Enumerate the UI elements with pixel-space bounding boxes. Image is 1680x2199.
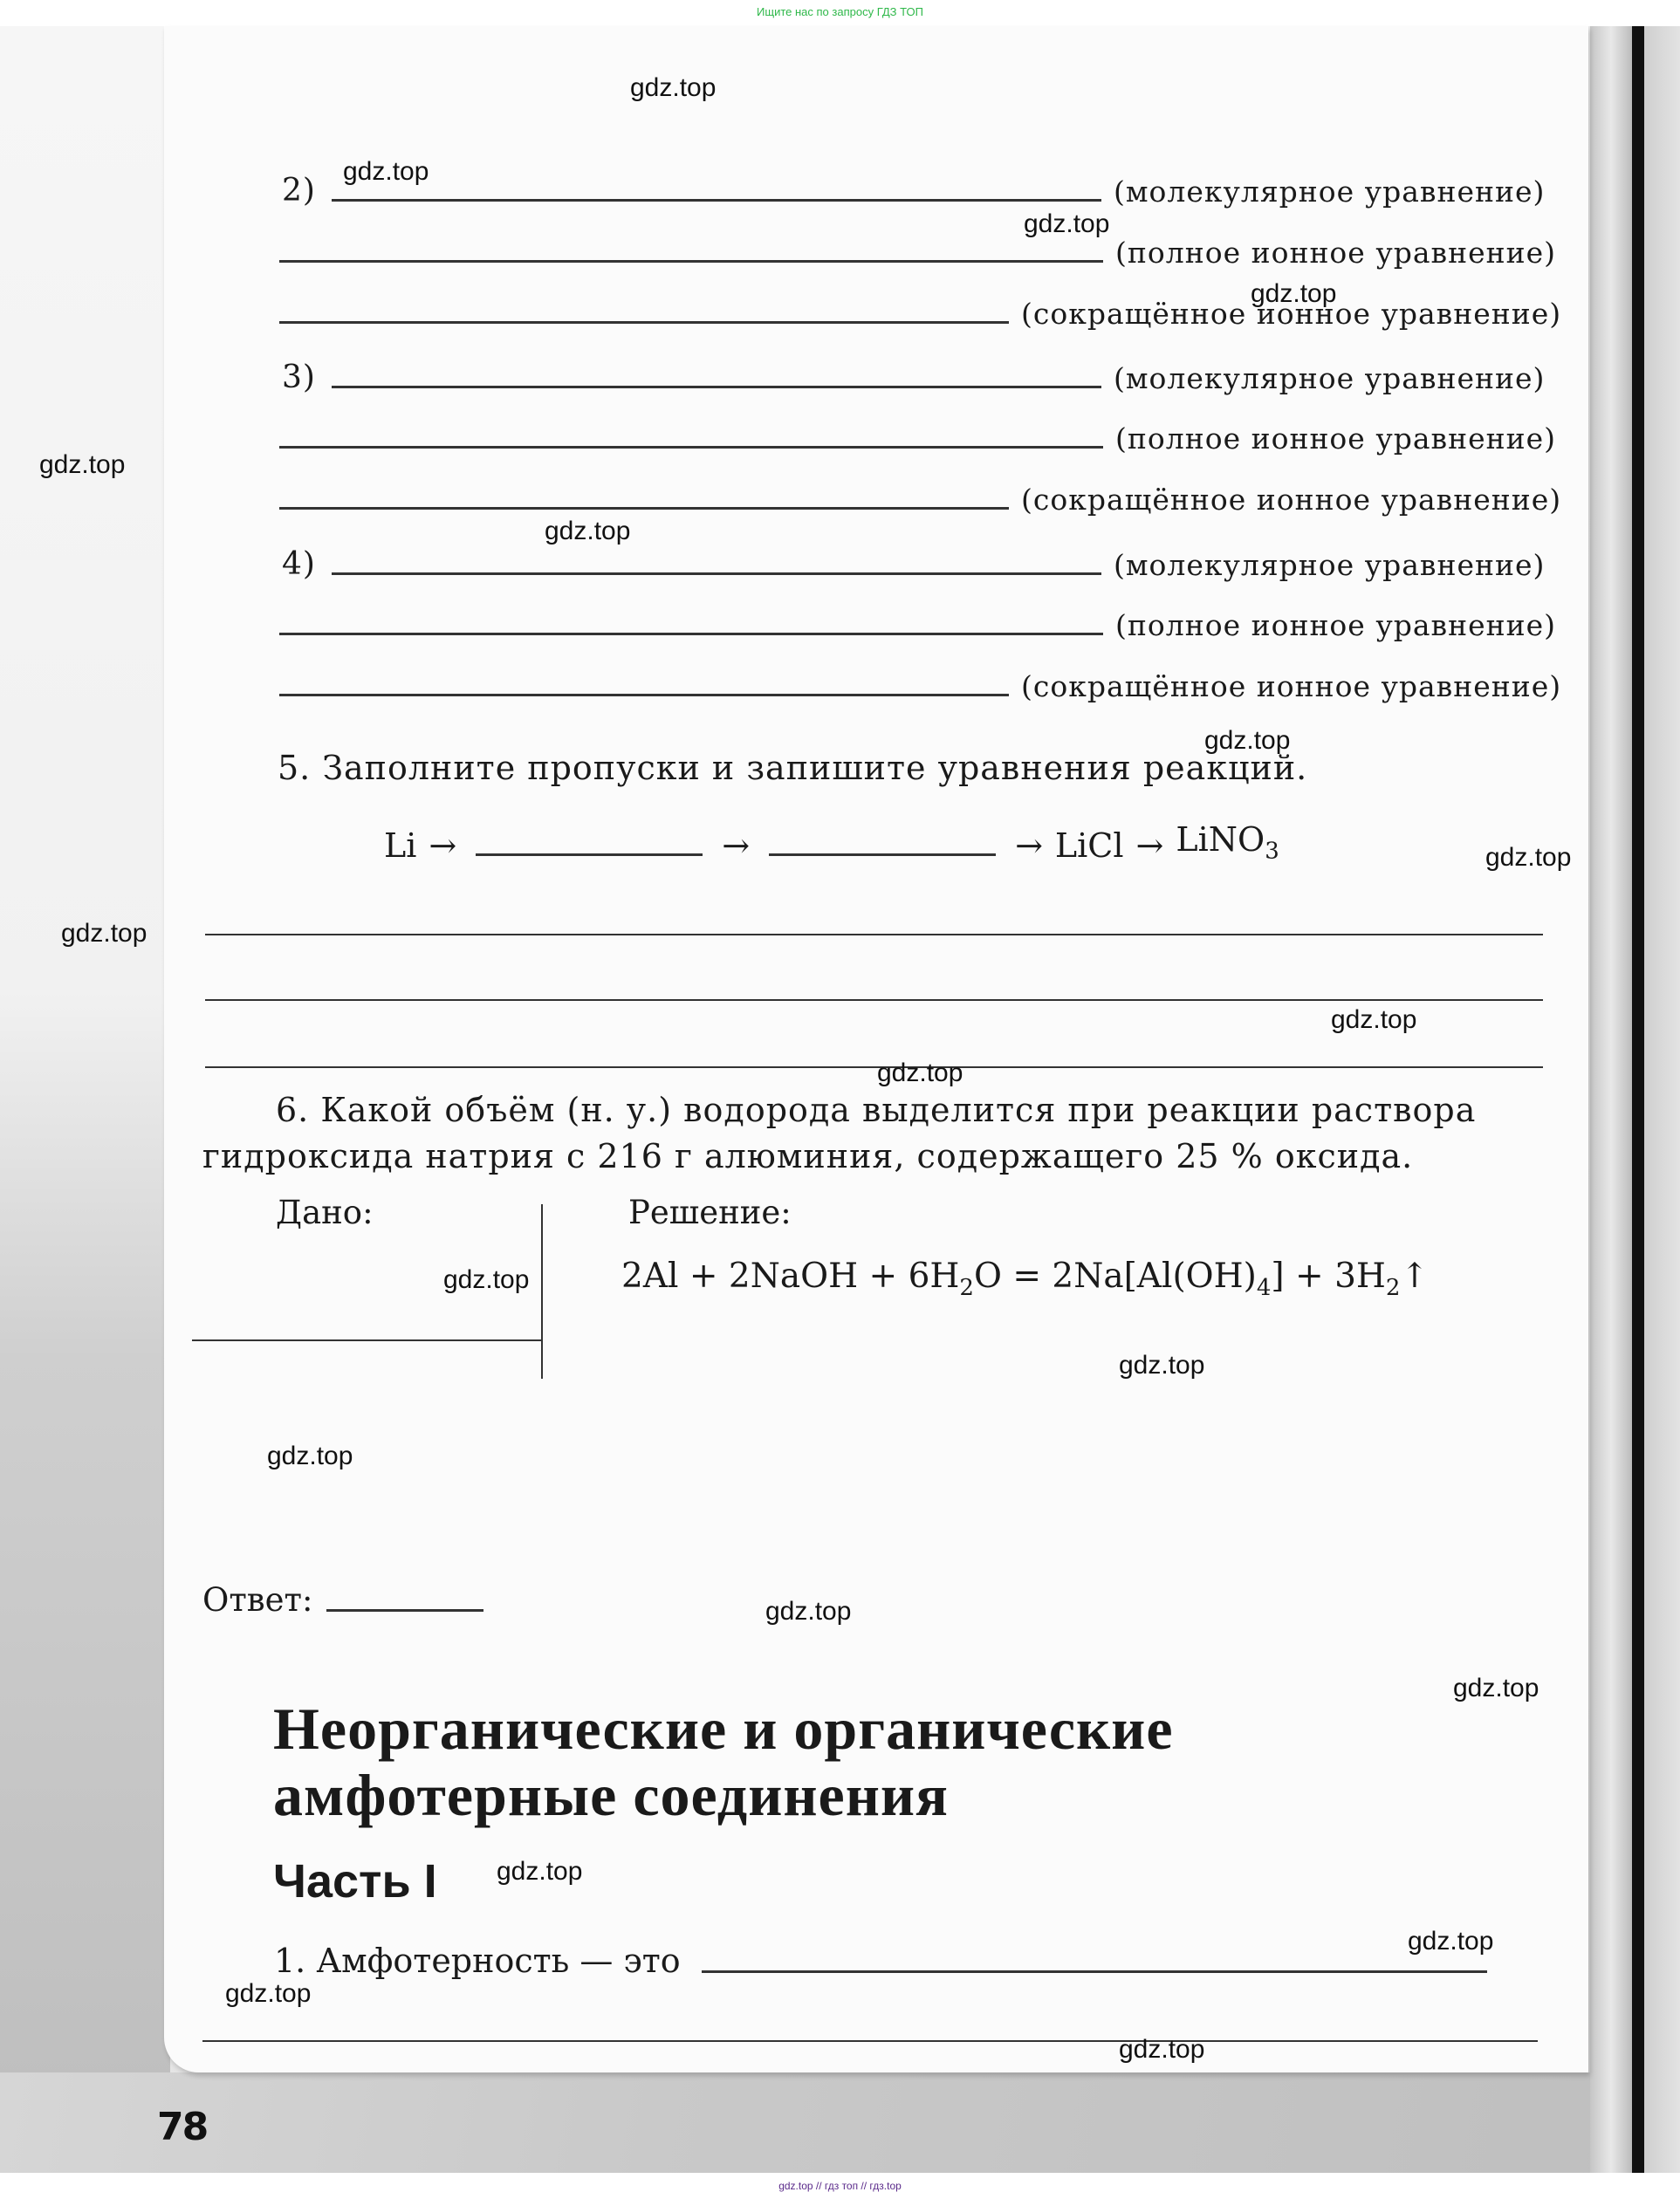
answer-line[interactable] — [205, 934, 1543, 935]
equation-type-label: (молекулярное уравнение) — [1114, 175, 1545, 209]
answer-blank[interactable] — [702, 1970, 1487, 1973]
question-1: 1. Амфотерность — это — [274, 1942, 1487, 1980]
next-page-edge — [1644, 26, 1680, 2173]
watermark: gdz.top — [343, 157, 429, 187]
arrow-icon: → — [722, 826, 750, 865]
watermark: gdz.top — [225, 1979, 311, 2009]
answer-label: Ответ: — [202, 1581, 312, 1619]
equation-type-label: (полное ионное уравнение) — [1115, 236, 1556, 270]
section-heading-line2: амфотерные соединения — [273, 1761, 949, 1830]
solution-label: Решение: — [628, 1194, 792, 1231]
watermark: gdz.top — [1251, 279, 1336, 309]
answer-line[interactable] — [205, 999, 1543, 1001]
answer-blank[interactable] — [279, 633, 1103, 635]
watermark: gdz.top — [877, 1058, 963, 1088]
gas-arrow-icon: ↑ — [1400, 1257, 1429, 1296]
watermark: gdz.top — [267, 1442, 353, 1471]
lower-background — [0, 2072, 1632, 2173]
watermark: gdz.top — [545, 517, 630, 546]
watermark: gdz.top — [1119, 2035, 1204, 2065]
watermark: gdz.top — [1119, 1351, 1204, 1380]
answer-blank[interactable] — [279, 507, 1009, 510]
watermark: gdz.top — [1485, 843, 1571, 873]
answer-blank[interactable] — [332, 386, 1101, 388]
arrow-icon: → — [1015, 826, 1043, 865]
watermark: gdz.top — [1408, 1927, 1493, 1956]
watermark: gdz.top — [1453, 1674, 1539, 1703]
watermark: gdz.top — [630, 73, 716, 103]
watermark: gdz.top — [61, 919, 147, 949]
part-heading: Часть I — [273, 1854, 437, 1908]
task-6-title-line1: 6. Какой объём (н. у.) водорода выделитс… — [276, 1091, 1476, 1129]
left-page-edge — [0, 26, 170, 2173]
item-number: 3) — [282, 360, 316, 395]
given-underline — [192, 1339, 543, 1341]
chain-blank-2[interactable] — [769, 853, 996, 856]
equation-type-label: (полное ионное уравнение) — [1115, 608, 1556, 642]
answer-row: Ответ: — [202, 1581, 483, 1619]
section-heading-line1: Неорганические и органические — [273, 1695, 1174, 1764]
equation-type-label: (молекулярное уравнение) — [1114, 361, 1545, 395]
book-spine-shadow — [1632, 26, 1644, 2173]
watermark: gdz.top — [443, 1265, 529, 1295]
equation-row-4-molecular: 4) (молекулярное уравнение) — [282, 546, 1545, 582]
task-6-title-line2: гидроксида натрия с 216 г алюминия, соде… — [202, 1137, 1413, 1175]
equation-row-2-short-ionic: (сокращённое ионное уравнение) — [279, 297, 1561, 331]
arrow-icon: → — [1136, 826, 1164, 865]
answer-line[interactable] — [202, 2040, 1538, 2042]
transformation-chain: Li → → → LiCl → LiNO3 — [384, 820, 1279, 865]
answer-blank[interactable] — [279, 446, 1103, 449]
bottom-banner[interactable]: gdz.top // гдз топ // гдз.top — [0, 2173, 1680, 2199]
arrow-icon: → — [429, 826, 456, 865]
item-number: 2) — [282, 173, 316, 209]
chain-start: Li — [384, 826, 416, 865]
answer-blank[interactable] — [279, 694, 1009, 696]
equation-row-2-full-ionic: (полное ионное уравнение) — [279, 236, 1556, 270]
item-number: 4) — [282, 546, 316, 582]
equation-row-2-molecular: 2) (молекулярное уравнение) — [282, 173, 1545, 209]
watermark: gdz.top — [1331, 1005, 1416, 1035]
equation-type-label: (сокращённое ионное уравнение) — [1021, 669, 1561, 703]
equation-type-label: (молекулярное уравнение) — [1114, 548, 1545, 582]
book-spine — [1590, 26, 1632, 2173]
reaction-equation: 2Al + 2NaOH + 6H2O = 2Na[Al(OH)4] + 3H2↑ — [621, 1257, 1429, 1301]
equation-row-4-full-ionic: (полное ионное уравнение) — [279, 608, 1556, 642]
equation-row-3-full-ionic: (полное ионное уравнение) — [279, 421, 1556, 456]
answer-blank[interactable] — [279, 260, 1103, 263]
task-5-title: 5. Заполните пропуски и запишите уравнен… — [278, 749, 1307, 787]
watermark: gdz.top — [1024, 209, 1109, 239]
given-divider — [541, 1204, 543, 1379]
answer-blank[interactable] — [326, 1609, 483, 1612]
answer-blank[interactable] — [279, 321, 1009, 324]
equation-row-3-short-ionic: (сокращённое ионное уравнение) — [279, 483, 1561, 517]
chain-blank-1[interactable] — [476, 853, 703, 856]
watermark: gdz.top — [39, 450, 125, 480]
chain-lino3: LiNO3 — [1176, 820, 1279, 865]
answer-blank[interactable] — [332, 199, 1101, 202]
answer-blank[interactable] — [332, 572, 1101, 575]
chain-licl: LiCl — [1055, 826, 1124, 865]
equation-type-label: (сокращённое ионное уравнение) — [1021, 483, 1561, 517]
given-label: Дано: — [276, 1194, 374, 1231]
top-banner[interactable]: Ищите нас по запросу ГДЗ ТОП — [0, 0, 1680, 26]
watermark: gdz.top — [765, 1597, 851, 1627]
answer-line[interactable] — [205, 1066, 1543, 1068]
watermark: gdz.top — [497, 1857, 582, 1887]
equation-row-4-short-ionic: (сокращённое ионное уравнение) — [279, 669, 1561, 703]
equation-row-3-molecular: 3) (молекулярное уравнение) — [282, 360, 1545, 395]
page-number: 78 — [157, 2105, 207, 2149]
equation-type-label: (полное ионное уравнение) — [1115, 421, 1556, 456]
watermark: gdz.top — [1204, 726, 1290, 756]
